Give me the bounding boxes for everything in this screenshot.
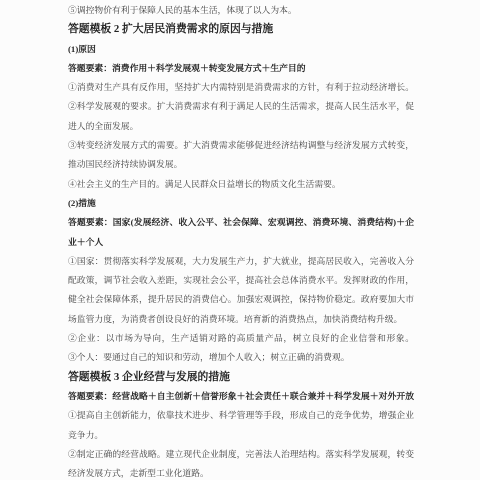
text-line: 配政策，调节社会收入差距，实现社会公平，提高社会总体消费水平。发挥财政的作用， <box>68 271 414 290</box>
subsection-heading: (2)措施 <box>68 194 414 213</box>
text-line: 竞争力。 <box>68 426 414 445</box>
text-line: 场监管力度，为消费者创设良好的消费环境。培育新的消费热点，加快消费结构升级。 <box>68 310 414 329</box>
text-line: ④社会主义的生产目的。满足人民群众日益增长的物质文化生活需要。 <box>68 175 414 194</box>
text-line: ①消费对生产具有反作用，坚持扩大内需特别是消费需求的方针，有利于拉动经济增长。 <box>68 78 414 97</box>
text-line: ⑤调控物价有利于保障人民的基本生活，体现了以人为本。 <box>68 1 414 20</box>
answer-elements-line: 答题要素：经营战略＋自主创新＋信誉形象＋社会责任＋联合兼并＋科学发展＋对外开放 <box>68 387 414 406</box>
text-line: ②科学发展观的要求。扩大消费需求有利于满足人民的生活需求，提高人民生活水平，促 <box>68 97 414 116</box>
section-heading: 答题模板 3 企业经营与发展的措施 <box>68 368 414 387</box>
text-line: 进人的全面发展。 <box>68 117 414 136</box>
text-line: ②制定正确的经营战略。建立现代企业制度，完善法人治理结构。落实科学发展观，转变 <box>68 445 414 464</box>
subsection-heading: (1)原因 <box>68 40 414 59</box>
text-line: ③转变经济发展方式的需要。扩大消费需求能够促进经济结构调整与经济发展方式转变， <box>68 136 414 155</box>
text-line: ③个人：要通过自己的知识和劳动，增加个人收入；树立正确的消费观。 <box>68 348 414 367</box>
document-page: ⑤调控物价有利于保障人民的基本生活，体现了以人为本。 答题模板 2 扩大居民消费… <box>68 1 414 480</box>
text-line: 健全社会保障体系，提升居民的消费信心。加强宏观调控，保持物价稳定。政府要加大市 <box>68 290 414 309</box>
text-line: 推动国民经济持续协调发展。 <box>68 155 414 174</box>
text-line: ②企业：以市场为导向，生产适销对路的高质量产品，树立良好的企业信誉和形象。 <box>68 329 414 348</box>
text-line: ①提高自主创新能力，依靠技术进步、科学管理等手段，形成自己的竞争优势，增强企业 <box>68 406 414 425</box>
answer-elements-line: 答题要素：国家(发展经济、收入公平、社会保障、宏观调控、消费环境、消费结构)＋企 <box>68 213 414 232</box>
answer-elements-line: 业＋个人 <box>68 233 414 252</box>
text-line: 经济发展方式，走新型工业化道路。 <box>68 464 414 480</box>
section-heading: 答题模板 2 扩大居民消费需求的原因与措施 <box>68 20 414 39</box>
answer-elements-line: 答题要素：消费作用＋科学发展观＋转变发展方式＋生产目的 <box>68 59 414 78</box>
text-line: ①国家：贯彻落实科学发展观，大力发展生产力，扩大就业，提高居民收入，完善收入分 <box>68 252 414 271</box>
